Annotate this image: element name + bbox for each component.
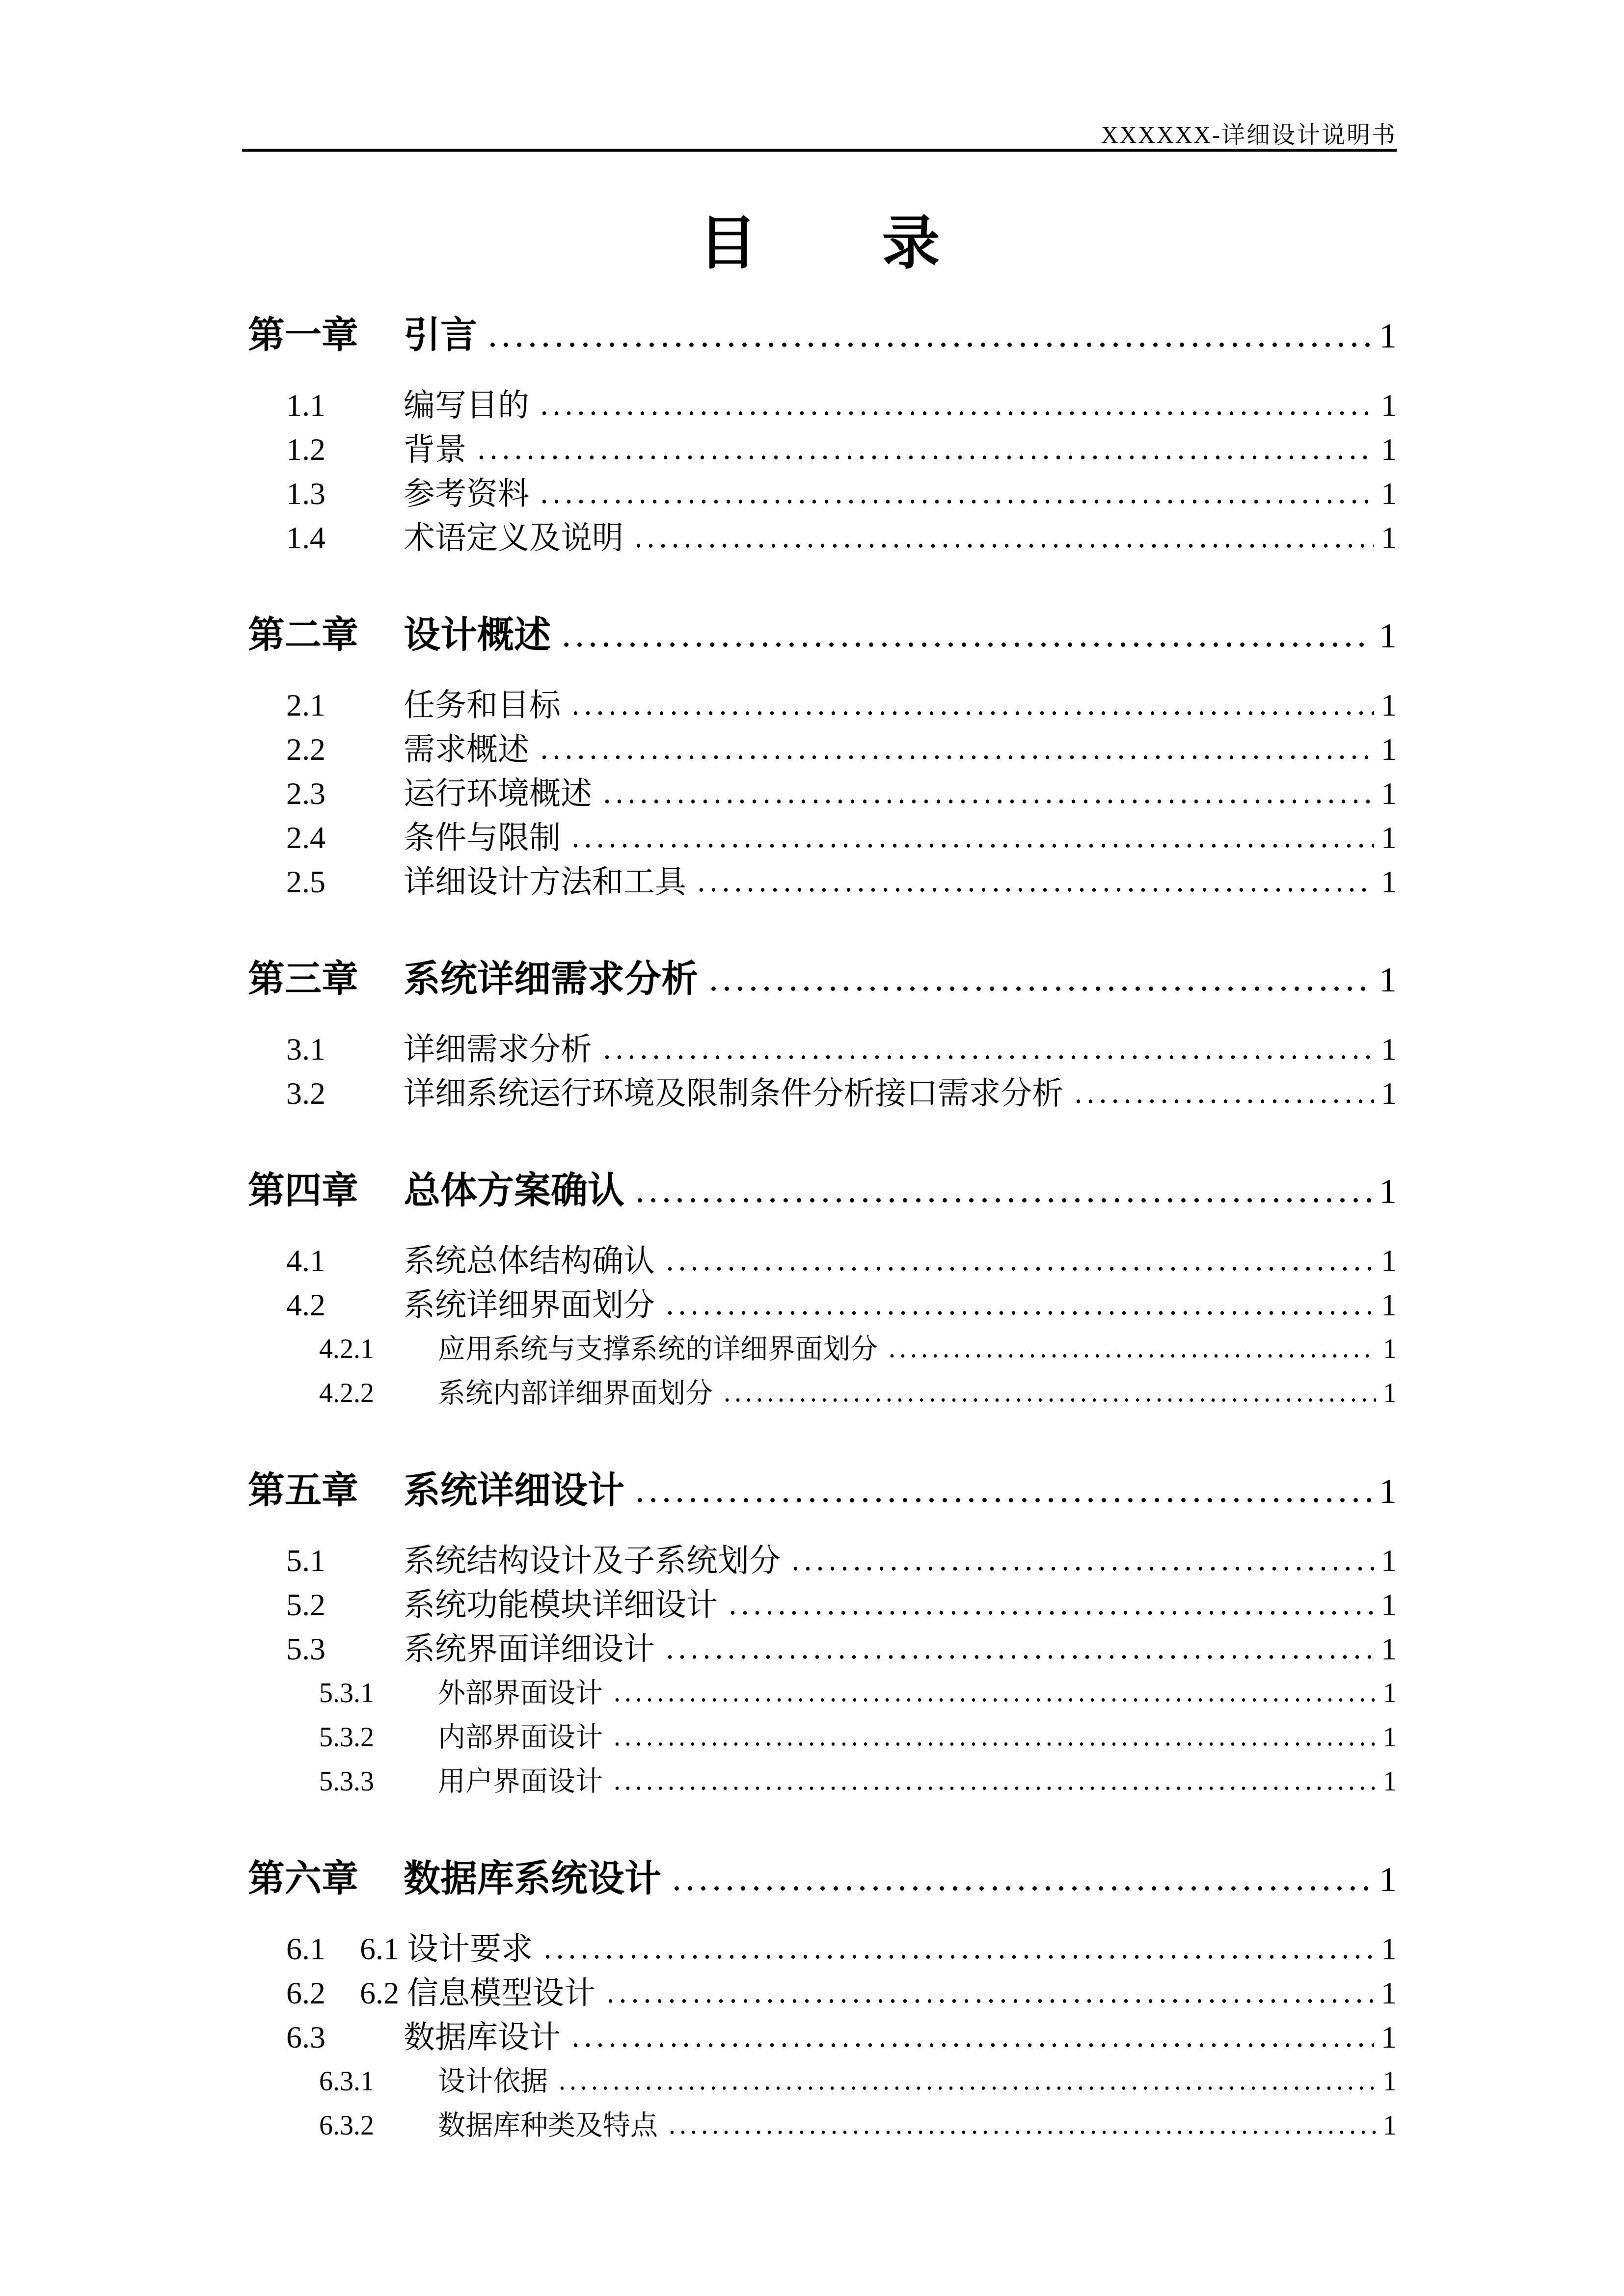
- dot-leader: [664, 1655, 1374, 1659]
- dot-leader: [670, 1886, 1372, 1891]
- toc-entry-page-number: 1: [1381, 516, 1397, 560]
- toc-entry-label: 详细设计方法和工具: [404, 860, 686, 904]
- toc-list: 第一章 引言 1 1.1 编写目的 1 1.2 背景 1 1.3 参考资料 1 …: [242, 260, 1397, 2148]
- toc-entry-number: 5.3.1: [319, 1671, 438, 1715]
- toc-entry-label: 系统内部详细界面划分: [438, 1371, 713, 1415]
- dot-leader: [727, 1610, 1374, 1615]
- running-header-label: XXXXXX-详细设计说明书: [1101, 116, 1397, 150]
- toc-entry-label: 详细系统运行环境及限制条件分析接口需求分析: [404, 1071, 1063, 1116]
- dot-leader: [541, 1954, 1374, 1959]
- toc-entry-page-number: 1: [1381, 683, 1397, 727]
- toc-entry[interactable]: 3.1 详细需求分析 1: [286, 1027, 1397, 1071]
- dot-leader: [664, 1310, 1374, 1315]
- toc-entry-page-number: 1: [1379, 960, 1397, 1000]
- toc-entry-page-number: 1: [1381, 1927, 1397, 1971]
- toc-entry-label: 数据库系统设计: [404, 1858, 661, 1899]
- toc-entry[interactable]: 2.3 运行环境概述 1: [286, 772, 1397, 816]
- toc-entry-label: 系统界面详细设计: [404, 1627, 655, 1671]
- toc-entry-label: 设计依据: [438, 2059, 548, 2104]
- toc-entry[interactable]: 5.2 系统功能模块详细设计 1: [286, 1583, 1397, 1627]
- dot-leader: [695, 887, 1374, 892]
- dot-leader: [560, 642, 1372, 647]
- toc-entry-number: 第三章: [248, 958, 404, 999]
- toc-entry[interactable]: 2.5 详细设计方法和工具 1: [286, 860, 1397, 904]
- toc-entry[interactable]: 6.3.2 数据库种类及特点 1: [319, 2104, 1397, 2148]
- toc-entry-label: 系统详细设计: [404, 1469, 624, 1511]
- dot-leader: [538, 411, 1374, 416]
- toc-entry-label: 总体方案确认: [404, 1170, 624, 1211]
- toc-entry[interactable]: 4.2.2 系统内部详细界面划分 1: [319, 1371, 1397, 1415]
- toc-entry-label: 运行环境概述: [404, 772, 592, 816]
- toc-entry-number: 6.2: [286, 1971, 360, 2015]
- dot-leader: [569, 843, 1374, 848]
- toc-entry-page-number: 1: [1379, 316, 1397, 356]
- toc-entry-label: 用户界面设计: [438, 1760, 603, 1804]
- toc-entry[interactable]: 1.1 编写目的 1: [286, 383, 1397, 427]
- toc-entry[interactable]: 5.3.3 用户界面设计 1: [319, 1760, 1397, 1804]
- toc-entry-number: 5.2: [286, 1583, 404, 1627]
- toc-entry-label: 数据库设计: [404, 2015, 561, 2059]
- dot-leader: [1072, 1099, 1374, 1104]
- toc-entry-page-number: 1: [1381, 2015, 1397, 2059]
- toc-entry[interactable]: 1.3 参考资料 1: [286, 472, 1397, 516]
- toc-entry-page-number: 1: [1381, 1583, 1397, 1627]
- toc-entry-page-number: 1: [1383, 1715, 1397, 1760]
- toc-entry-number: 5.3: [286, 1627, 404, 1671]
- dot-leader: [601, 1055, 1374, 1060]
- toc-entry[interactable]: 5.3.1 外部界面设计 1: [319, 1671, 1397, 1715]
- toc-entry-label: 参考资料: [404, 472, 529, 516]
- toc-entry[interactable]: 2.4 条件与限制 1: [286, 816, 1397, 860]
- toc-entry-label: 引言: [404, 314, 477, 355]
- toc-entry[interactable]: 4.1 系统总体结构确认 1: [286, 1239, 1397, 1283]
- dot-leader: [887, 1354, 1376, 1358]
- toc-entry-number: 6.3.2: [319, 2104, 438, 2148]
- toc-entry-page-number: 1: [1383, 1327, 1397, 1371]
- toc-entry-number: 6.1: [286, 1927, 360, 1971]
- toc-entry-label: 系统详细界面划分: [404, 1283, 655, 1327]
- toc-entry-number: 5.1: [286, 1539, 404, 1583]
- toc-entry-number: 5.3.3: [319, 1760, 438, 1804]
- toc-entry-page-number: 1: [1379, 1859, 1397, 1900]
- toc-entry[interactable]: 5.3.2 内部界面设计 1: [319, 1715, 1397, 1760]
- toc-entry-number: 第二章: [248, 614, 404, 655]
- toc-entry-page-number: 1: [1379, 615, 1397, 656]
- toc-entry-number: 4.2: [286, 1283, 404, 1327]
- toc-entry-number: 6.3: [286, 2015, 404, 2059]
- toc-entry-label: 编写目的: [404, 383, 529, 427]
- toc-entry[interactable]: 6.1 6.1 设计要求 1: [286, 1927, 1397, 1971]
- toc-entry-number: 1.3: [286, 472, 404, 516]
- toc-entry-page-number: 1: [1381, 1971, 1397, 2015]
- toc-entry-label: 任务和目标: [404, 683, 561, 727]
- toc-entry[interactable]: 第五章 系统详细设计 1: [248, 1469, 1397, 1512]
- toc-entry-page-number: 1: [1381, 727, 1397, 772]
- toc-entry[interactable]: 第二章 设计概述 1: [248, 614, 1397, 656]
- toc-entry-number: 第一章: [248, 314, 404, 355]
- toc-entry[interactable]: 1.4 术语定义及说明 1: [286, 516, 1397, 560]
- toc-entry[interactable]: 2.1 任务和目标 1: [286, 683, 1397, 727]
- dot-leader: [633, 1198, 1372, 1203]
- toc-entry-number: 4.1: [286, 1239, 404, 1283]
- toc-entry[interactable]: 4.2 系统详细界面划分 1: [286, 1283, 1397, 1327]
- toc-entry-page-number: 1: [1381, 1539, 1397, 1583]
- toc-entry-number: 1.2: [286, 427, 404, 472]
- toc-entry-page-number: 1: [1381, 772, 1397, 816]
- dot-leader: [538, 499, 1374, 504]
- toc-entry[interactable]: 4.2.1 应用系统与支撑系统的详细界面划分 1: [319, 1327, 1397, 1371]
- toc-entry[interactable]: 第一章 引言 1: [248, 314, 1397, 356]
- toc-entry-label: 外部界面设计: [438, 1671, 603, 1715]
- toc-entry-page-number: 1: [1381, 1027, 1397, 1071]
- toc-entry-label: 详细需求分析: [404, 1027, 592, 1071]
- dot-leader: [633, 1497, 1372, 1503]
- toc-entry-label: 系统总体结构确认: [404, 1239, 655, 1283]
- toc-entry-number: 1.4: [286, 516, 404, 560]
- toc-entry-page-number: 1: [1381, 860, 1397, 904]
- toc-entry-label: 背景: [404, 427, 466, 472]
- toc-entry-number: 3.2: [286, 1071, 404, 1116]
- toc-entry-page-number: 1: [1381, 1627, 1397, 1671]
- toc-entry-label: 6.1 设计要求: [360, 1927, 533, 1971]
- toc-entry[interactable]: 2.2 需求概述 1: [286, 727, 1397, 772]
- dot-leader: [557, 2086, 1376, 2090]
- document-page: XXXXXX-详细设计说明书 目录 第一章 引言 1 1.1 编写目的 1 1.…: [0, 0, 1624, 2296]
- toc-entry[interactable]: 6.2 6.2 信息模型设计 1: [286, 1971, 1397, 2015]
- toc-entry-page-number: 1: [1381, 1283, 1397, 1327]
- toc-entry-label: 内部界面设计: [438, 1715, 603, 1760]
- dot-leader: [632, 543, 1374, 548]
- dot-leader: [486, 342, 1372, 347]
- toc-entry-number: 2.5: [286, 860, 404, 904]
- toc-entry-label: 术语定义及说明: [404, 516, 623, 560]
- dot-leader: [664, 1266, 1374, 1271]
- toc-entry-page-number: 1: [1383, 2104, 1397, 2148]
- dot-leader: [604, 1999, 1374, 2003]
- toc-entry[interactable]: 第四章 总体方案确认 1: [248, 1170, 1397, 1212]
- dot-leader: [722, 1398, 1376, 1402]
- toc-entry-number: 6.3.1: [319, 2059, 438, 2104]
- toc-entry[interactable]: 第三章 系统详细需求分析 1: [248, 958, 1397, 1000]
- toc-entry-number: 3.1: [286, 1027, 404, 1071]
- toc-entry-number: 第五章: [248, 1469, 404, 1511]
- toc-entry-number: 2.4: [286, 816, 404, 860]
- toc-entry-page-number: 1: [1383, 1371, 1397, 1415]
- dot-leader: [612, 1698, 1376, 1702]
- toc-entry[interactable]: 5.3 系统界面详细设计 1: [286, 1627, 1397, 1671]
- toc-entry-page-number: 1: [1381, 816, 1397, 860]
- toc-entry-number: 5.3.2: [319, 1715, 438, 1760]
- dot-leader: [612, 1742, 1376, 1746]
- dot-leader: [789, 1566, 1374, 1571]
- toc-entry-label: 条件与限制: [404, 816, 561, 860]
- toc-entry-label: 系统结构设计及子系统划分: [404, 1539, 781, 1583]
- toc-entry-number: 2.2: [286, 727, 404, 772]
- toc-entry[interactable]: 6.3.1 设计依据 1: [319, 2059, 1397, 2104]
- toc-entry-number: 4.2.2: [319, 1371, 438, 1415]
- toc-entry-label: 6.2 信息模型设计: [360, 1971, 595, 2015]
- toc-entry-number: 2.3: [286, 772, 404, 816]
- toc-entry[interactable]: 3.2 详细系统运行环境及限制条件分析接口需求分析 1: [286, 1071, 1397, 1116]
- toc-entry-page-number: 1: [1381, 383, 1397, 427]
- toc-entry-label: 应用系统与支撑系统的详细界面划分: [438, 1327, 878, 1371]
- dot-leader: [475, 455, 1374, 460]
- dot-leader: [612, 1786, 1376, 1790]
- toc-entry-page-number: 1: [1381, 427, 1397, 472]
- toc-entry-number: 2.1: [286, 683, 404, 727]
- toc-entry[interactable]: 第六章 数据库系统设计 1: [248, 1858, 1397, 1900]
- toc-entry-page-number: 1: [1379, 1171, 1397, 1212]
- toc-entry[interactable]: 6.3 数据库设计 1: [286, 2015, 1397, 2059]
- toc-entry[interactable]: 1.2 背景 1: [286, 427, 1397, 472]
- dot-leader: [538, 755, 1374, 760]
- toc-entry-number: 4.2.1: [319, 1327, 438, 1371]
- toc-entry-label: 系统功能模块详细设计: [404, 1583, 718, 1627]
- toc-entry-page-number: 1: [1381, 472, 1397, 516]
- toc-entry[interactable]: 5.1 系统结构设计及子系统划分 1: [286, 1539, 1397, 1583]
- toc-entry-label: 数据库种类及特点: [438, 2104, 658, 2148]
- toc-entry-label: 需求概述: [404, 727, 529, 772]
- toc-entry-number: 第四章: [248, 1170, 404, 1211]
- toc-entry-page-number: 1: [1381, 1071, 1397, 1116]
- toc-entry-page-number: 1: [1383, 1760, 1397, 1804]
- header-rule: [242, 149, 1397, 152]
- toc-entry-page-number: 1: [1383, 1671, 1397, 1715]
- toc-entry-page-number: 1: [1383, 2059, 1397, 2104]
- toc-entry-number: 1.1: [286, 383, 404, 427]
- toc-entry-number: 第六章: [248, 1858, 404, 1899]
- toc-entry-page-number: 1: [1379, 1471, 1397, 1512]
- dot-leader: [569, 711, 1374, 716]
- dot-leader: [707, 986, 1372, 991]
- dot-leader: [569, 2043, 1374, 2048]
- toc-entry-label: 系统详细需求分析: [404, 958, 698, 999]
- toc-entry-label: 设计概述: [404, 614, 551, 655]
- toc-entry-page-number: 1: [1381, 1239, 1397, 1283]
- dot-leader: [667, 2130, 1376, 2135]
- dot-leader: [601, 799, 1374, 804]
